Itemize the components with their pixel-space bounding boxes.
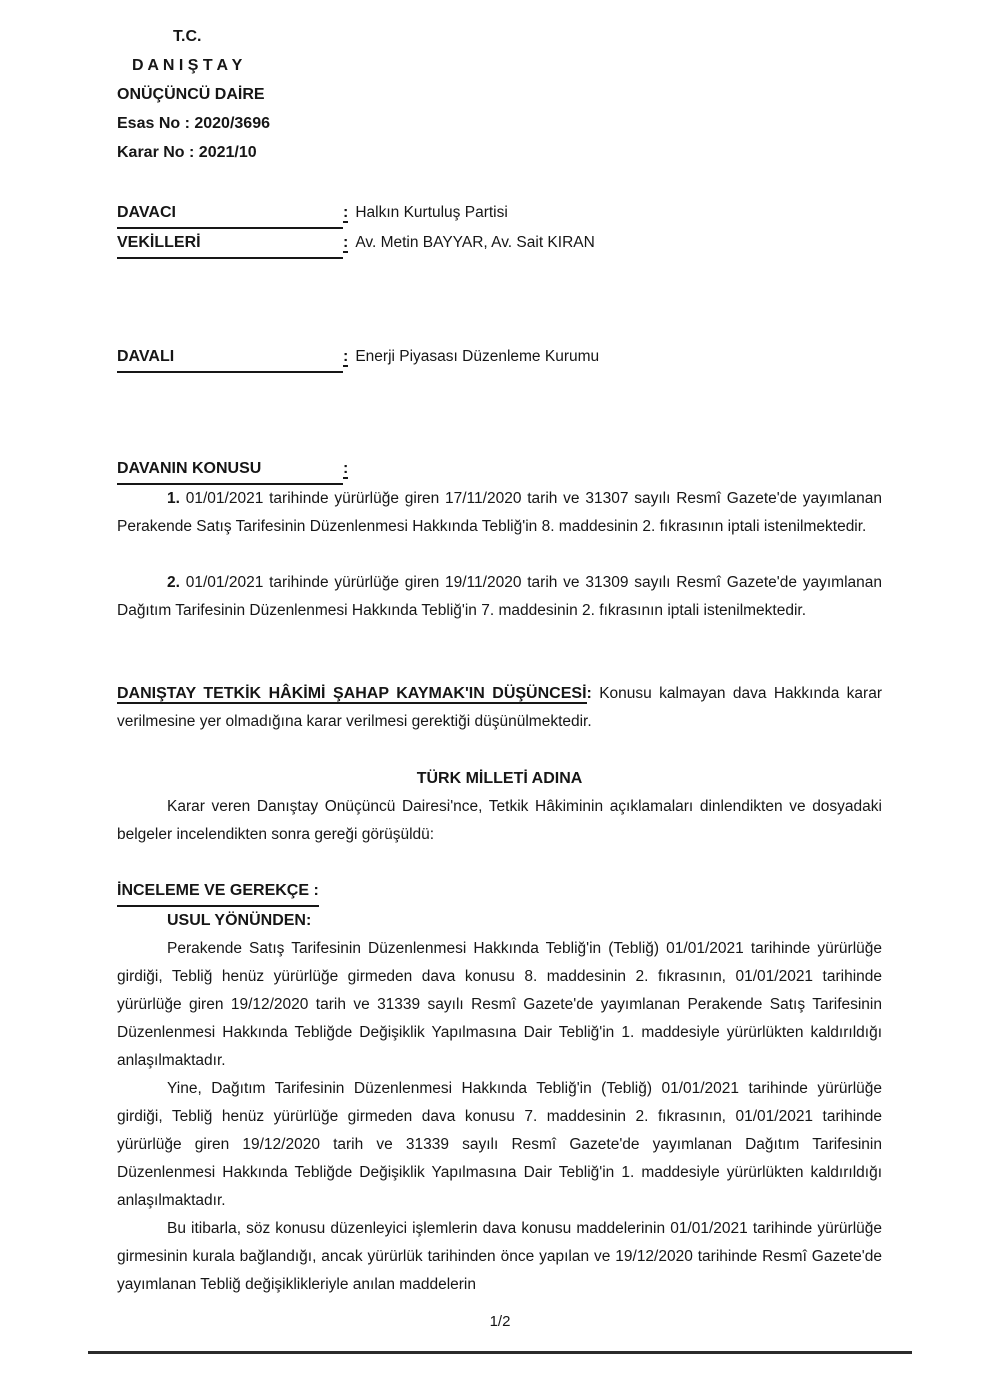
tetkik-colon: : (587, 685, 592, 702)
party-row-davaci: DAVACI:Halkın Kurtuluş Partisi (117, 199, 882, 229)
section-inceleme-ve-gerekce: İNCELEME VE GEREKÇE : USUL YÖNÜNDEN: Per… (117, 877, 882, 1299)
davaci-colon: : (343, 204, 348, 223)
konu-item-2-text: 01/01/2021 tarihinde yürürlüğe giren 19/… (117, 574, 882, 619)
konu-item-1-text: 01/01/2021 tarihinde yürürlüğe giren 17/… (117, 490, 882, 535)
konu-item-2: 2. 01/01/2021 tarihinde yürürlüğe giren … (117, 569, 882, 653)
header-tc: T.C. (173, 22, 882, 51)
davali-colon: : (343, 348, 348, 367)
usul-paragraph-3: Bu itibarla, söz konusu düzenleyici işle… (117, 1215, 882, 1299)
document-page: T.C. D A N I Ş T A Y ONÜÇÜNCÜ DAİRE Esas… (0, 0, 1000, 1380)
konu-heading-colon: : (343, 460, 348, 479)
karar-intro-paragraph: Karar veren Danıştay Onüçüncü Dairesi'nc… (117, 793, 882, 849)
center-heading-turk-milleti-adina: TÜRK MİLLETİ ADINA (117, 765, 882, 793)
inceleme-heading-row: İNCELEME VE GEREKÇE : (117, 877, 882, 907)
header-court-name: D A N I Ş T A Y (132, 51, 882, 80)
vekilleri-colon: : (343, 234, 348, 253)
party-row-vekilleri: VEKİLLERİ:Av. Metin BAYYAR, Av. Sait KIR… (117, 229, 882, 259)
davaci-value: Halkın Kurtuluş Partisi (355, 204, 507, 221)
usul-paragraph-1: Perakende Satış Tarifesinin Düzenlenmesi… (117, 935, 882, 1075)
footer-rule (88, 1351, 912, 1354)
letterhead: T.C. D A N I Ş T A Y ONÜÇÜNCÜ DAİRE Esas… (117, 22, 882, 167)
usul-subheading: USUL YÖNÜNDEN: (167, 907, 882, 935)
davaci-label: DAVACI (117, 199, 343, 229)
inceleme-heading: İNCELEME VE GEREKÇE : (117, 877, 319, 907)
parties-plaintiff-block: DAVACI:Halkın Kurtuluş Partisi VEKİLLERİ… (117, 199, 882, 259)
konu-item-1-number: 1. (167, 490, 180, 507)
header-karar-no: Karar No : 2021/10 (117, 138, 882, 167)
usul-paragraph-2: Yine, Dağıtım Tarifesinin Düzenlenmesi H… (117, 1075, 882, 1215)
davali-label: DAVALI (117, 343, 343, 373)
header-chamber: ONÜÇÜNCÜ DAİRE (117, 80, 882, 109)
konu-heading: DAVANIN KONUSU (117, 455, 343, 485)
vekilleri-label: VEKİLLERİ (117, 229, 343, 259)
page-number: 1/2 (0, 1308, 1000, 1336)
parties-defendant-block: DAVALI:Enerji Piyasası Düzenleme Kurumu (117, 343, 882, 373)
konu-heading-row: DAVANIN KONUSU: (117, 455, 882, 485)
konu-item-1: 1. 01/01/2021 tarihinde yürürlüğe giren … (117, 485, 882, 569)
header-esas-no: Esas No : 2020/3696 (117, 109, 882, 138)
vekilleri-value: Av. Metin BAYYAR, Av. Sait KIRAN (355, 234, 594, 251)
section-davanin-konusu: DAVANIN KONUSU: 1. 01/01/2021 tarihinde … (117, 455, 882, 653)
konu-item-2-number: 2. (167, 574, 180, 591)
davali-value: Enerji Piyasası Düzenleme Kurumu (355, 348, 599, 365)
tetkik-heading: DANIŞTAY TETKİK HÂKİMİ ŞAHAP KAYMAK'IN D… (117, 685, 587, 704)
tetkik-hakimi-paragraph: DANIŞTAY TETKİK HÂKİMİ ŞAHAP KAYMAK'IN D… (117, 680, 882, 736)
party-row-davali: DAVALI:Enerji Piyasası Düzenleme Kurumu (117, 343, 882, 373)
